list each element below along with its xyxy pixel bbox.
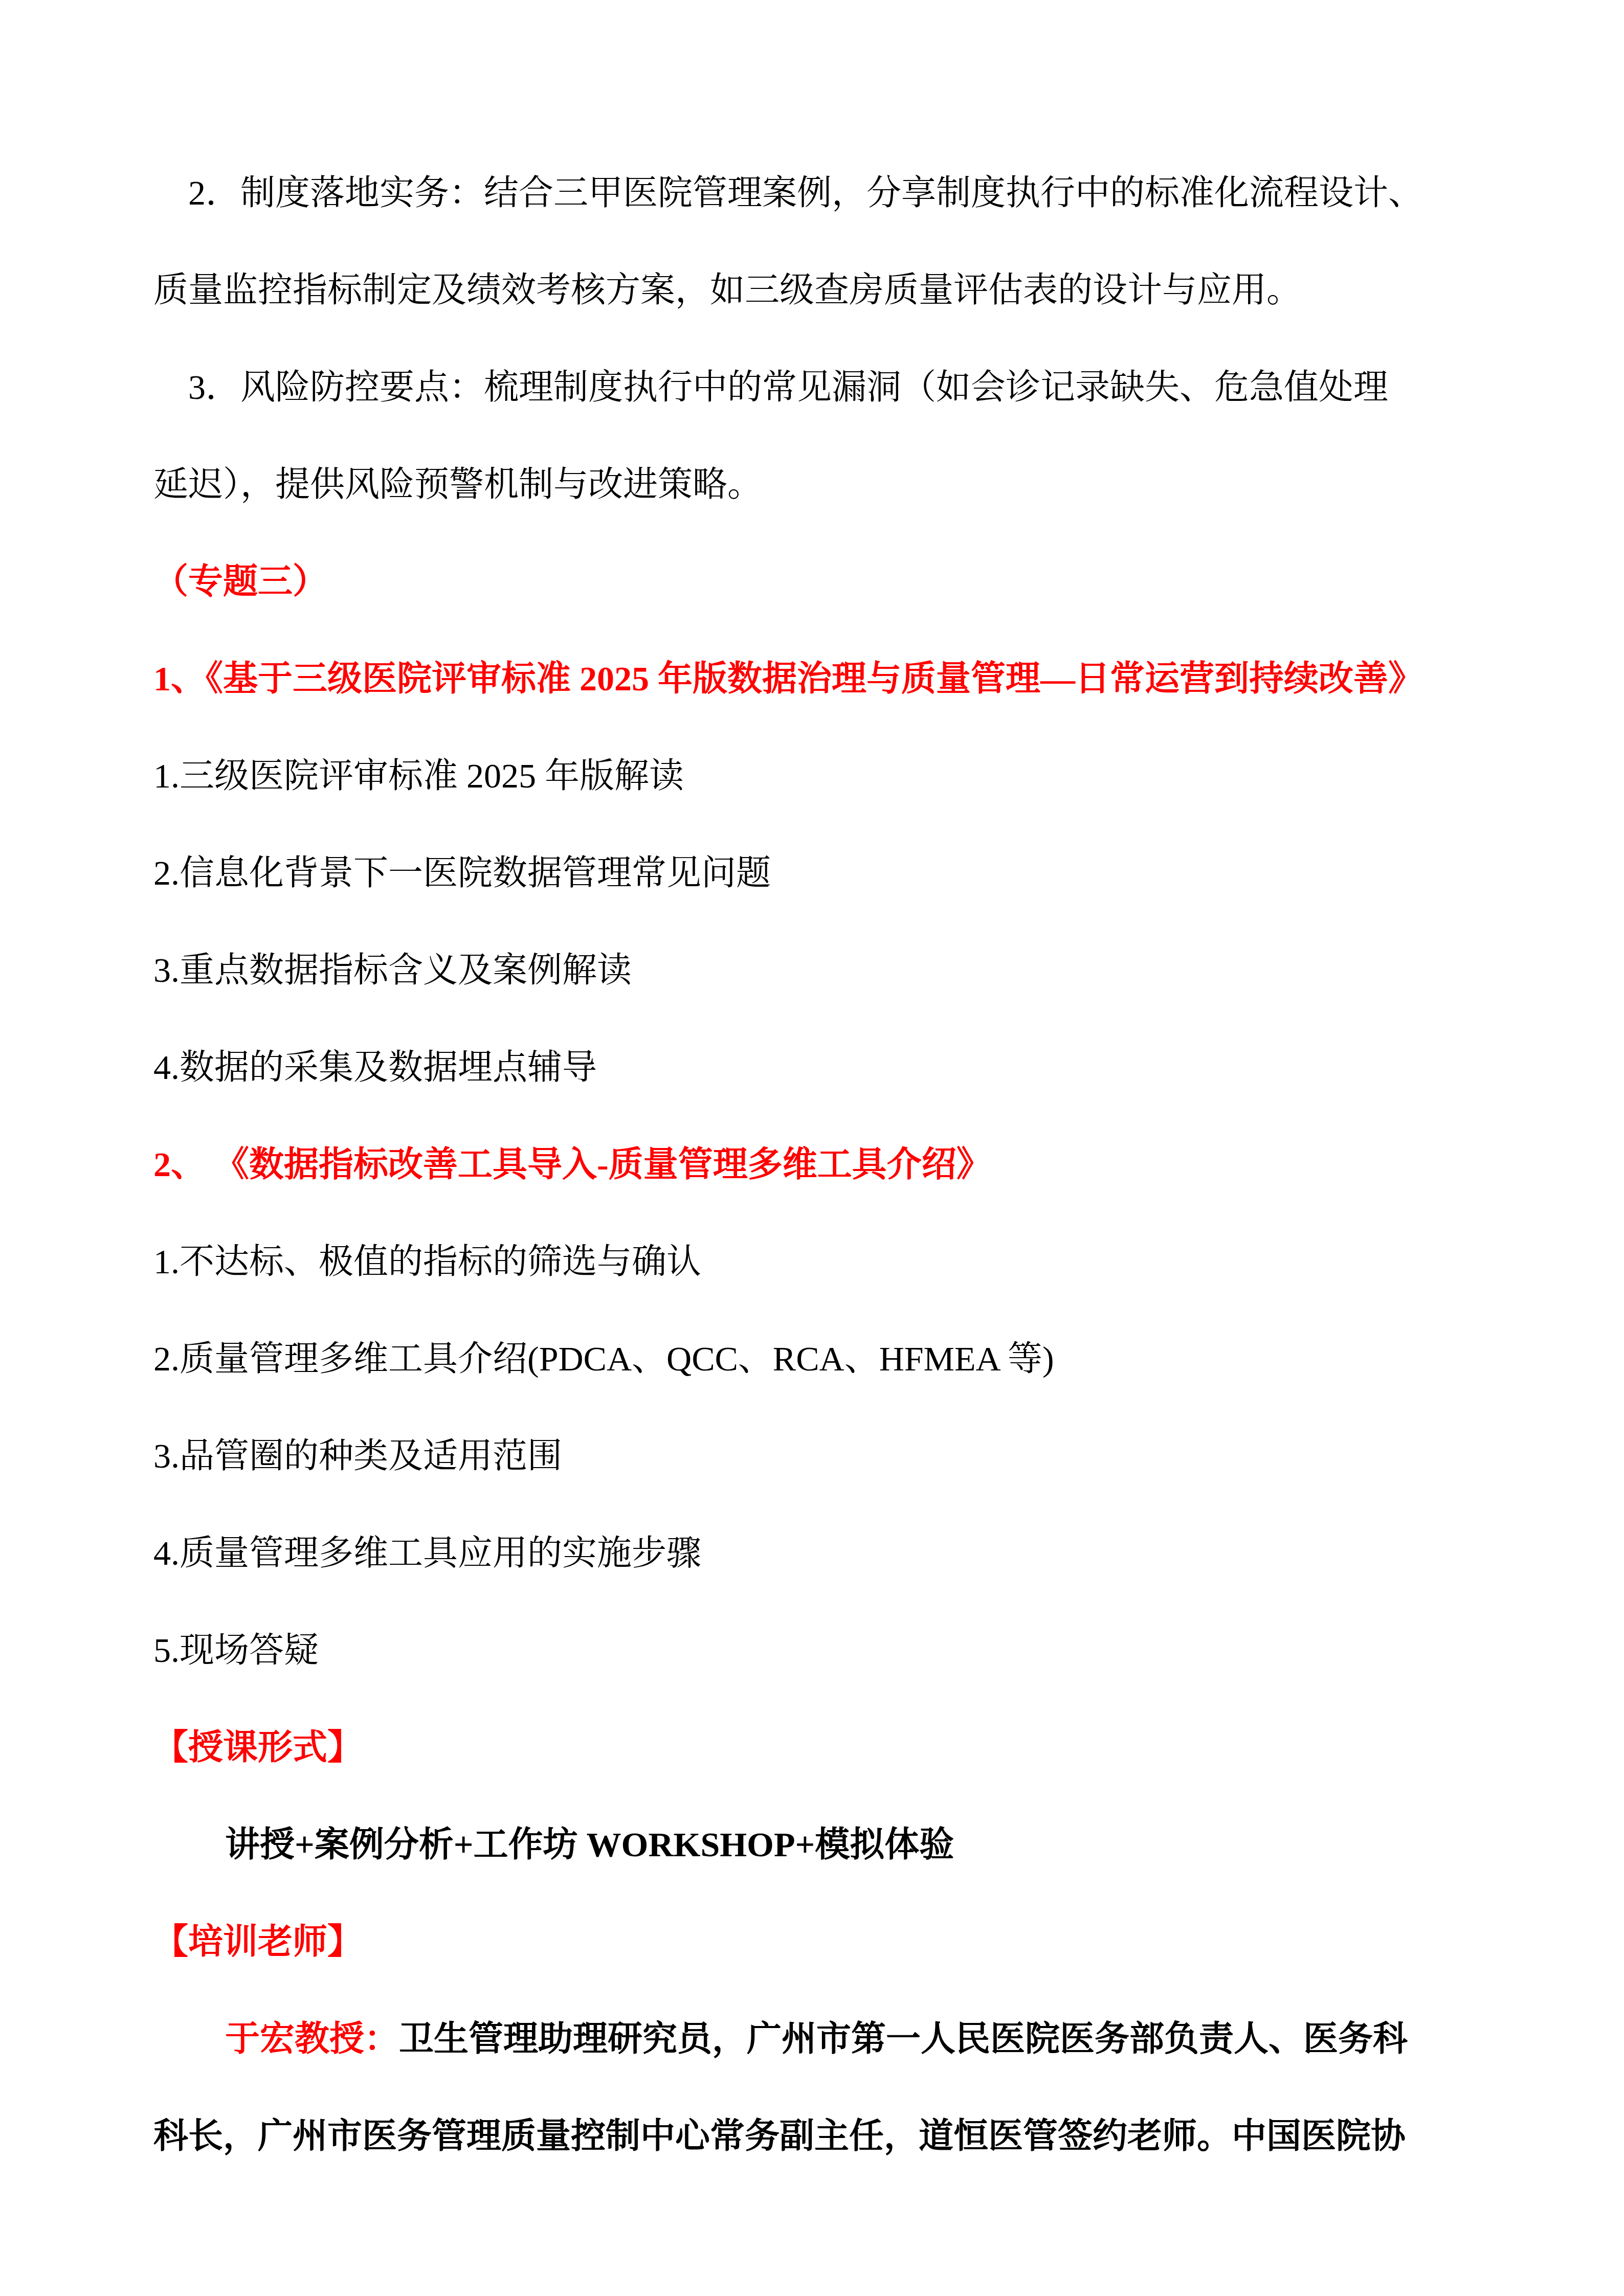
outline-item-text: 1.三级医院评审标准 2025 年版解读 (153, 756, 684, 795)
course-title-text: 1、《基于三级医院评审标准 2025 年版数据治理与质量管理—日常运营到持续改善… (153, 659, 1423, 698)
course1-outline-item-4: 4.数据的采集及数据埋点辅导 (153, 1019, 1471, 1116)
heading-trainer: 【培训老师】 (153, 1893, 1471, 1990)
course1-outline-item-2: 2.信息化背景下一医院数据管理常见问题 (153, 824, 1471, 921)
paragraph-practice-line2: 质量监控指标制定及绩效考核方案，如三级查房质量评估表的设计与应用。 (153, 241, 1471, 339)
section-label-topic3: （专题三） (153, 533, 1471, 630)
course2-title: 2、 《数据指标改善工具导入-质量管理多维工具介绍》 (153, 1116, 1471, 1213)
paragraph-risk-line1: 3．风险防控要点：梳理制度执行中的常见漏洞（如会诊记录缺失、危急值处理 (153, 339, 1471, 436)
outline-item-text: 5.现场答疑 (153, 1631, 319, 1670)
trainer-intro-line1: 于宏教授：卫生管理助理研究员，广州市第一人民医院医务部负责人、医务科 (153, 1990, 1471, 2087)
course1-title: 1、《基于三级医院评审标准 2025 年版数据治理与质量管理—日常运营到持续改善… (153, 630, 1471, 727)
trainer-description: 科长，广州市医务管理质量控制中心常务副主任，道恒医管签约老师。中国医院协 (153, 2117, 1406, 2155)
paragraph-text: 3．风险防控要点：梳理制度执行中的常见漏洞（如会诊记录缺失、危急值处理 (188, 368, 1388, 407)
paragraph-text: 2．制度落地实务：结合三甲医院管理案例，分享制度执行中的标准化流程设计、 (188, 173, 1423, 212)
course1-outline-item-1: 1.三级医院评审标准 2025 年版解读 (153, 727, 1471, 824)
paragraph-risk-line2: 延迟），提供风险预警机制与改进策略。 (153, 436, 1471, 533)
heading-text: 【培训老师】 (153, 1922, 362, 1961)
heading-teaching-format: 【授课形式】 (153, 1699, 1471, 1796)
outline-item-text: 4.数据的采集及数据埋点辅导 (153, 1048, 597, 1087)
outline-item-text: 4.质量管理多维工具应用的实施步骤 (153, 1534, 701, 1572)
teaching-format-description: 讲授+案例分析+工作坊 WORKSHOP+模拟体验 (153, 1796, 1471, 1893)
document-page: 2．制度落地实务：结合三甲医院管理案例，分享制度执行中的标准化流程设计、 质量监… (0, 0, 1624, 2296)
course2-outline-item-5: 5.现场答疑 (153, 1602, 1471, 1699)
teaching-format-text: 讲授+案例分析+工作坊 WORKSHOP+模拟体验 (225, 1825, 954, 1864)
paragraph-practice-line1: 2．制度落地实务：结合三甲医院管理案例，分享制度执行中的标准化流程设计、 (153, 144, 1471, 241)
paragraph-text: 质量监控指标制定及绩效考核方案，如三级查房质量评估表的设计与应用。 (153, 271, 1301, 309)
trainer-description: 卫生管理助理研究员，广州市第一人民医院医务部负责人、医务科 (399, 2019, 1408, 2058)
outline-item-text: 3.重点数据指标含义及案例解读 (153, 951, 632, 989)
course2-outline-item-1: 1.不达标、极值的指标的筛选与确认 (153, 1213, 1471, 1310)
course2-outline-item-4: 4.质量管理多维工具应用的实施步骤 (153, 1504, 1471, 1602)
outline-item-text: 1.不达标、极值的指标的筛选与确认 (153, 1242, 701, 1281)
paragraph-text: 延迟），提供风险预警机制与改进策略。 (153, 465, 762, 504)
course-title-text: 2、 《数据指标改善工具导入-质量管理多维工具介绍》 (153, 1145, 991, 1184)
trainer-intro-line2: 科长，广州市医务管理质量控制中心常务副主任，道恒医管签约老师。中国医院协 (153, 2087, 1471, 2185)
section-label-text: （专题三） (153, 562, 327, 601)
course1-outline-item-3: 3.重点数据指标含义及案例解读 (153, 921, 1471, 1019)
outline-item-text: 2.质量管理多维工具介绍(PDCA、QCC、RCA、HFMEA 等) (153, 1339, 1054, 1378)
outline-item-text: 3.品管圈的种类及适用范围 (153, 1436, 562, 1475)
outline-item-text: 2.信息化背景下一医院数据管理常见问题 (153, 853, 771, 892)
heading-text: 【授课形式】 (153, 1728, 362, 1767)
course2-outline-item-2: 2.质量管理多维工具介绍(PDCA、QCC、RCA、HFMEA 等) (153, 1310, 1471, 1407)
trainer-name: 于宏教授： (225, 2019, 399, 2058)
course2-outline-item-3: 3.品管圈的种类及适用范围 (153, 1407, 1471, 1504)
